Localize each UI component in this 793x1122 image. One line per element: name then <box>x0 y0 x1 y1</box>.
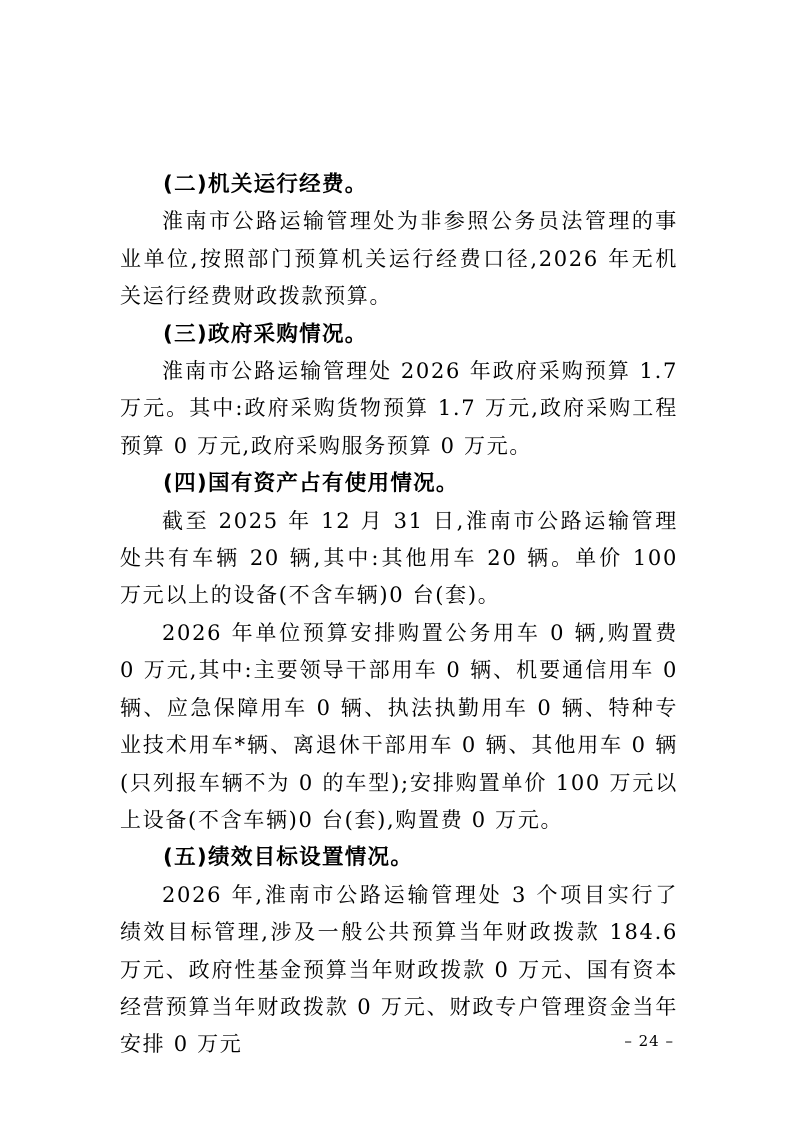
section-heading-organ-operating-expenses: (二)机关运行经费。 <box>120 166 678 203</box>
document-body: (二)机关运行经费。 淮南市公路运输管理处为非参照公务员法管理的事业单位,按照部… <box>120 166 678 1064</box>
section-heading-performance-targets: (五)绩效目标设置情况。 <box>120 839 678 876</box>
section-government-procurement: (三)政府采购情况。 淮南市公路运输管理处 2026 年政府采购预算 1.7 万… <box>120 316 678 466</box>
paragraph-state-owned-assets-budget: 2026 年单位预算安排购置公务用车 0 辆,购置费 0 万元,其中:主要领导干… <box>120 615 678 839</box>
paragraph-state-owned-assets-vehicles: 截至 2025 年 12 月 31 日,淮南市公路运输管理处共有车辆 20 辆,… <box>120 503 678 615</box>
section-performance-targets: (五)绩效目标设置情况。 2026 年,淮南市公路运输管理处 3 个项目实行了绩… <box>120 839 678 1063</box>
paragraph-performance-targets: 2026 年,淮南市公路运输管理处 3 个项目实行了绩效目标管理,涉及一般公共预… <box>120 877 678 1064</box>
paragraph-organ-operating-expenses: 淮南市公路运输管理处为非参照公务员法管理的事业单位,按照部门预算机关运行经费口径… <box>120 203 678 315</box>
section-heading-state-owned-assets: (四)国有资产占有使用情况。 <box>120 465 678 502</box>
section-state-owned-assets: (四)国有资产占有使用情况。 截至 2025 年 12 月 31 日,淮南市公路… <box>120 465 678 839</box>
section-heading-government-procurement: (三)政府采购情况。 <box>120 316 678 353</box>
document-page: (二)机关运行经费。 淮南市公路运输管理处为非参照公务员法管理的事业单位,按照部… <box>0 0 793 1122</box>
section-organ-operating-expenses: (二)机关运行经费。 淮南市公路运输管理处为非参照公务员法管理的事业单位,按照部… <box>120 166 678 316</box>
paragraph-government-procurement: 淮南市公路运输管理处 2026 年政府采购预算 1.7 万元。其中:政府采购货物… <box>120 353 678 465</box>
page-number: – 24 – <box>624 1032 674 1050</box>
